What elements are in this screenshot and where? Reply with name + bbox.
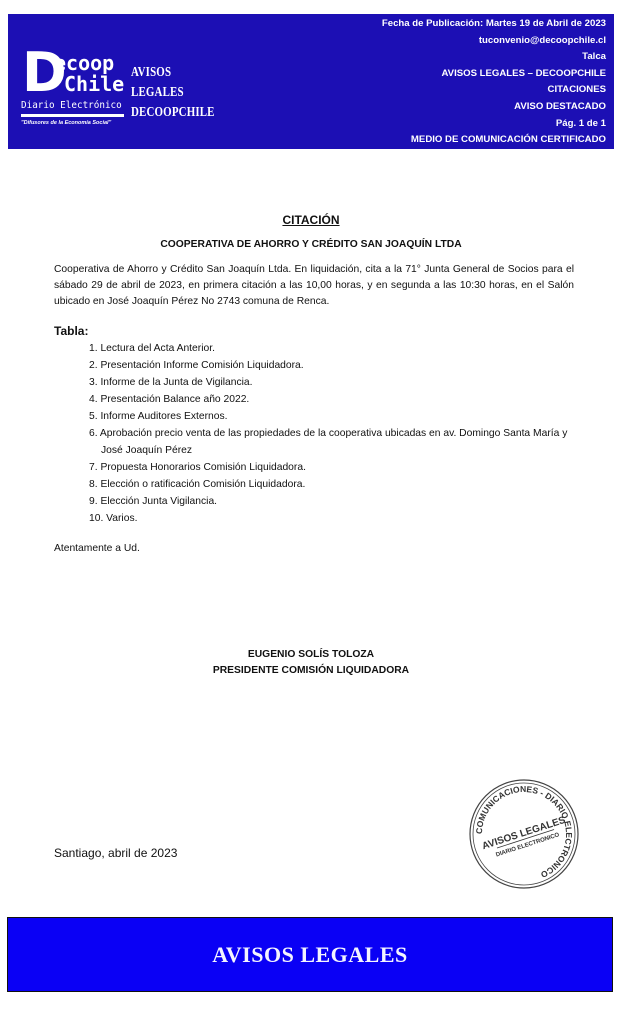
agenda-item: 10. Varios. [89,510,579,527]
signer-title: PRESIDENTE COMISIÓN LIQUIDADORA [0,663,622,679]
brand-line: LEGALES [131,83,215,103]
certification-stamp-icon: COMUNICACIONES - DIARIO ELECTRONICO AVIS… [468,778,580,890]
agenda-item: 3. Informe de la Junta de Vigilancia. [89,374,579,391]
intro-paragraph: Cooperativa de Ahorro y Crédito San Joaq… [54,262,574,309]
document-title: CITACIÓN [0,213,622,227]
agenda-item: 8. Elección o ratificación Comisión Liqu… [89,476,579,493]
signature-block: EUGENIO SOLÍS TOLOZA PRESIDENTE COMISIÓN… [0,647,622,679]
section-name: AVISOS LEGALES – DECOOPCHILE [382,66,606,83]
agenda-list: 1. Lectura del Acta Anterior. 2. Present… [89,340,579,527]
footer-banner: AVISOS LEGALES [7,917,613,992]
agenda-item: 9. Elección Junta Vigilancia. [89,493,579,510]
publication-meta: Fecha de Publicación: Martes 19 de Abril… [382,16,606,149]
agenda-item: 5. Informe Auditores Externos. [89,408,579,425]
closing-line: Atentamente a Ud. [54,543,140,554]
agenda-item: 6. Aprobación precio venta de las propie… [89,425,579,459]
category: CITACIONES [382,82,606,99]
brand-line: AVISOS [131,63,215,83]
page-number: Pág. 1 de 1 [382,116,606,133]
footer-label: AVISOS LEGALES [212,942,408,968]
decoopchile-logo: D ecoop Chile Diario Electrónico "Difuso… [18,50,128,135]
agenda-item: 2. Presentación Informe Comisión Liquida… [89,357,579,374]
brand-line: DECOOPCHILE [131,103,215,123]
logo-subtitle: Diario Electrónico [21,101,122,111]
logo-word-decoop: ecoop [54,53,114,73]
place-date: Santiago, abril de 2023 [54,846,177,860]
header-banner: D ecoop Chile Diario Electrónico "Difuso… [8,14,614,149]
brand-title: AVISOS LEGALES DECOOPCHILE [131,63,215,123]
agenda-item: 4. Presentación Balance año 2022. [89,391,579,408]
agenda-item: 1. Lectura del Acta Anterior. [89,340,579,357]
agenda-label: Tabla: [54,324,88,338]
document-subtitle: COOPERATIVA DE AHORRO Y CRÉDITO SAN JOAQ… [0,239,622,250]
contact-email[interactable]: tuconvenio@decoopchile.cl [382,33,606,50]
certification: MEDIO DE COMUNICACIÓN CERTIFICADO [382,132,606,149]
notice-type: AVISO DESTACADO [382,99,606,116]
city: Talca [382,49,606,66]
agenda-item: 7. Propuesta Honorarios Comisión Liquida… [89,459,579,476]
logo-word-chile: Chile [64,74,124,94]
publication-date: Fecha de Publicación: Martes 19 de Abril… [382,16,606,33]
signer-name: EUGENIO SOLÍS TOLOZA [0,647,622,663]
logo-motto: "Difusores de la Economía Social" [21,120,111,126]
logo-rule [21,114,124,117]
